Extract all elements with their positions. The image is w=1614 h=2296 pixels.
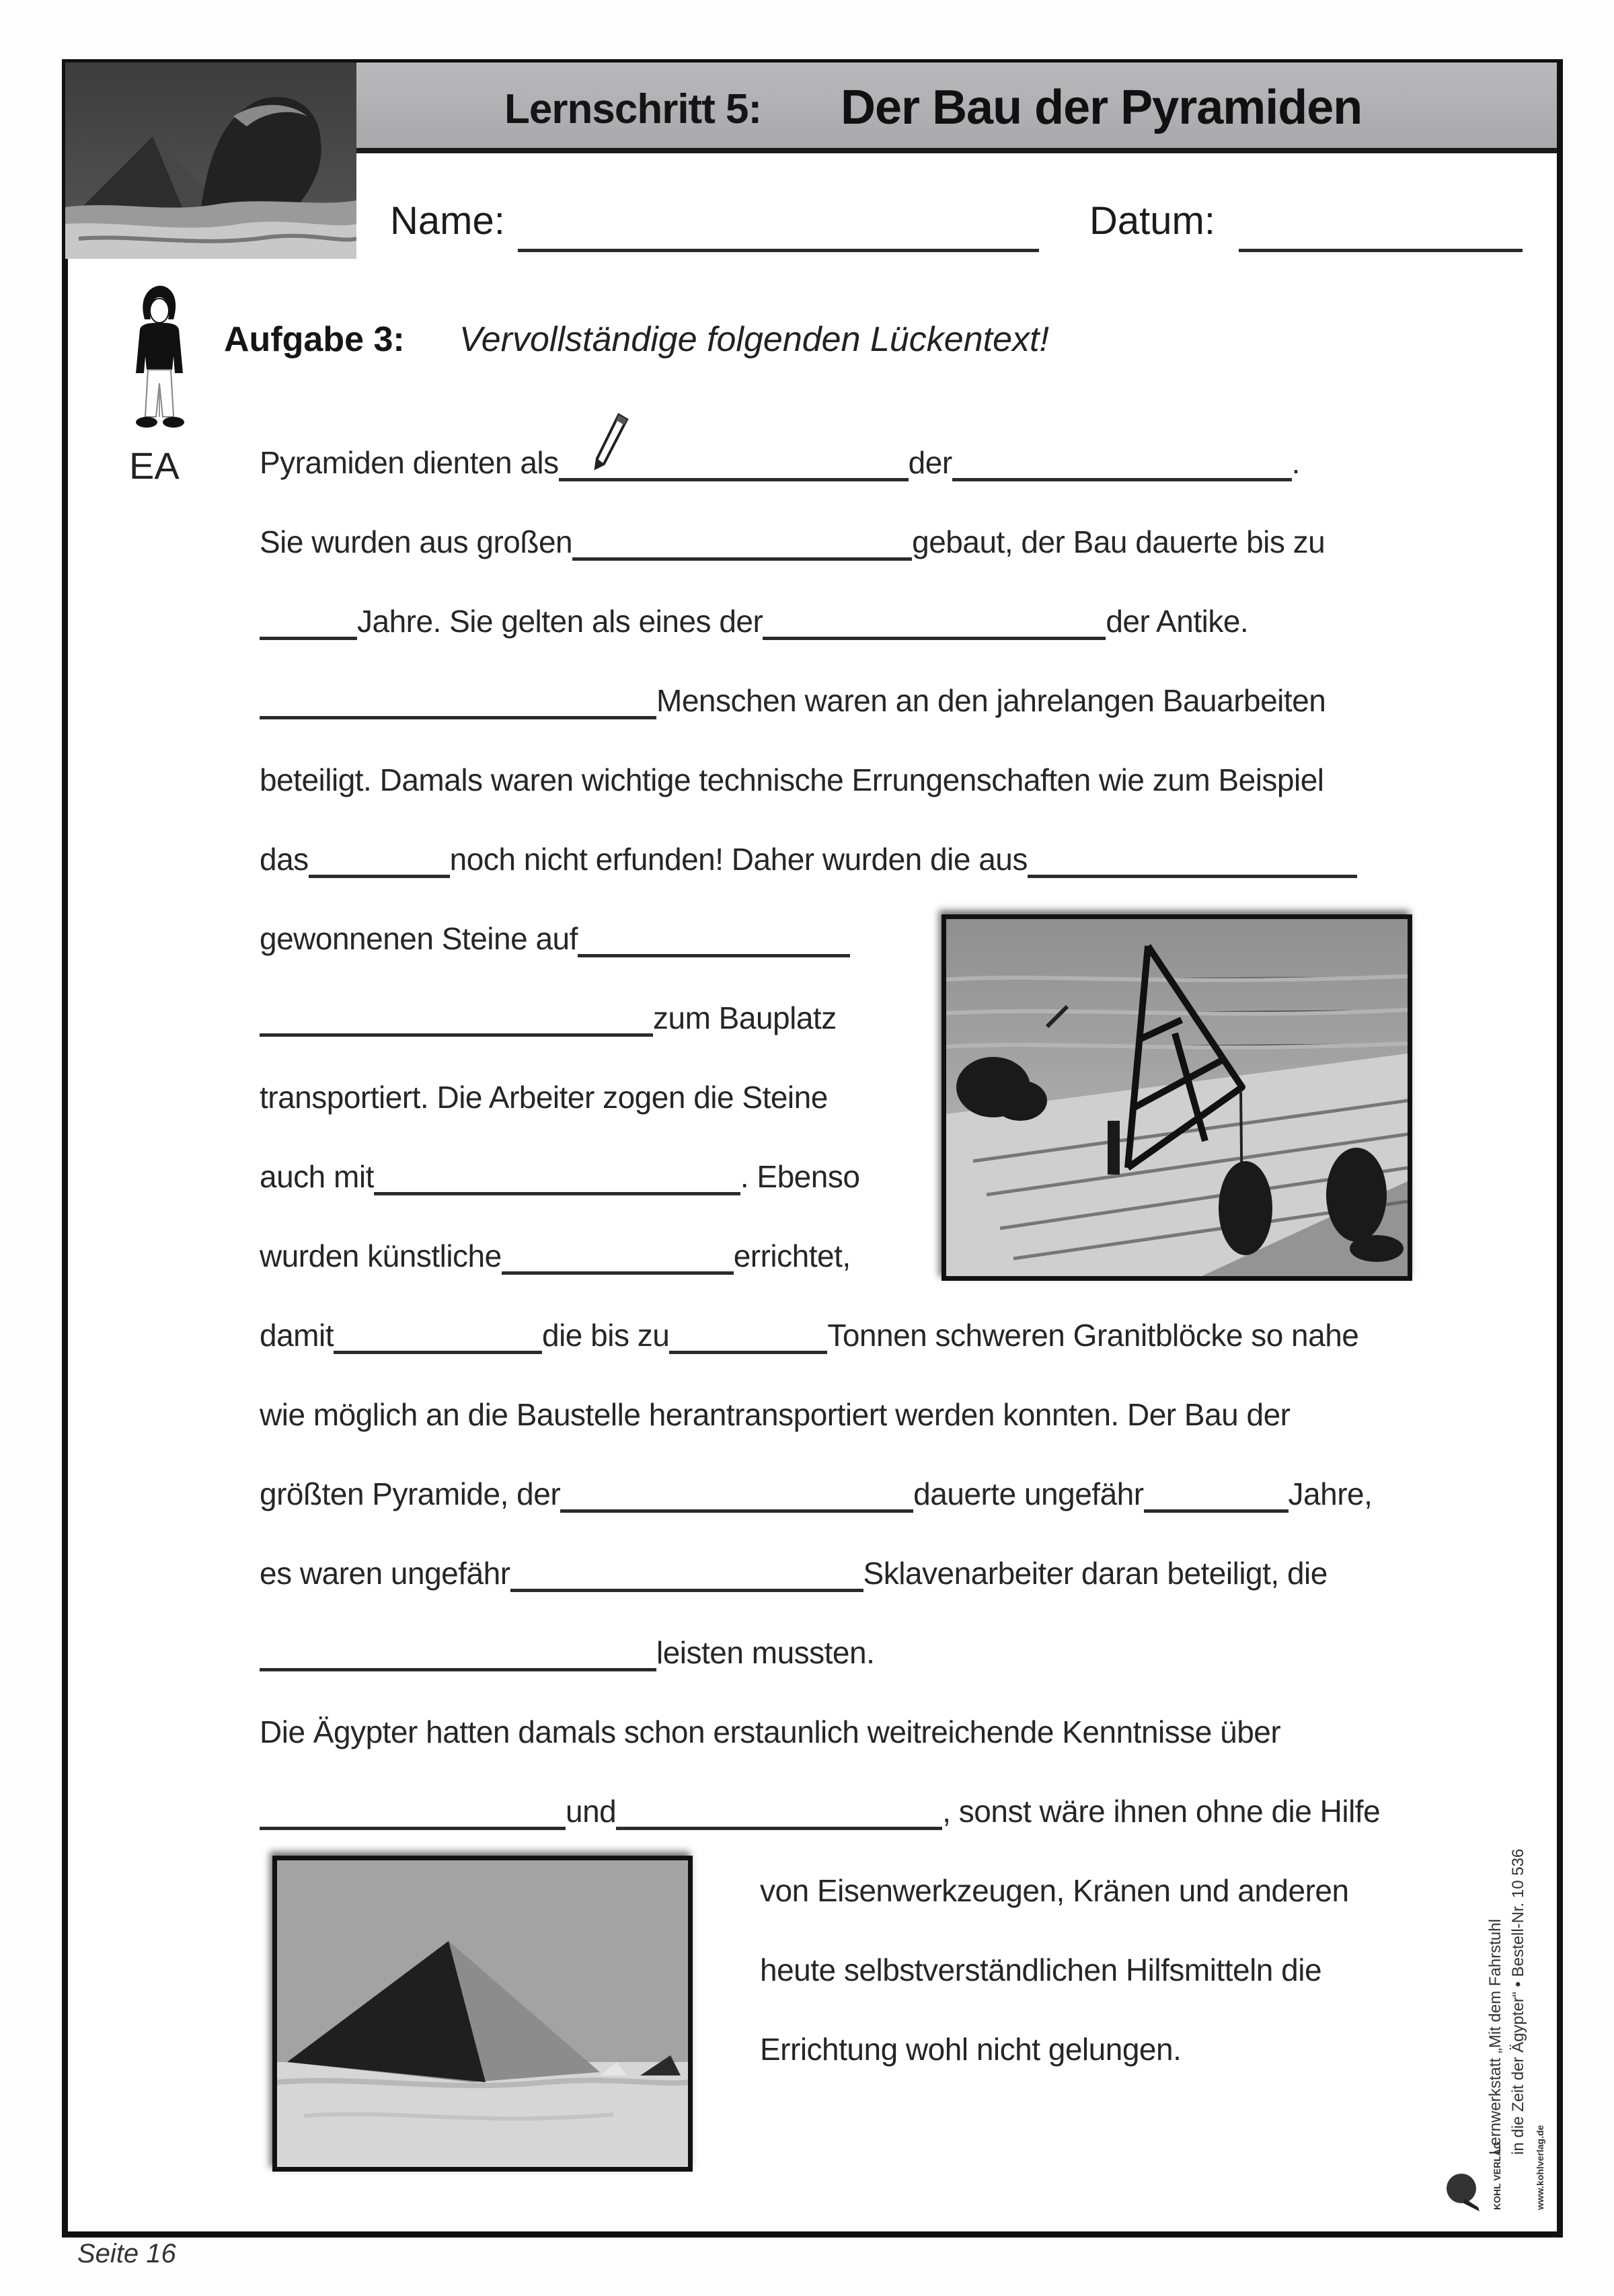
tree-logo-icon bbox=[1445, 2168, 1485, 2215]
cloze-text-segment: heute selbstverständlichen Hilfsmitteln … bbox=[760, 1952, 1321, 1987]
cloze-text-segment: dauerte ungefähr bbox=[913, 1476, 1143, 1511]
cloze-text-segment: damit bbox=[260, 1318, 334, 1353]
cloze-line: größten Pyramide, derdauerte ungefährJah… bbox=[260, 1474, 1372, 1514]
title-bar: Lernschritt 5: Der Bau der Pyramiden bbox=[356, 63, 1557, 153]
cloze-text-segment: zum Bauplatz bbox=[653, 1000, 837, 1035]
name-label: Name: bbox=[390, 198, 505, 243]
cloze-text-segment: Errichtung wohl nicht gelungen. bbox=[760, 2032, 1181, 2067]
date-label: Datum: bbox=[1089, 198, 1215, 243]
cloze-line: leisten mussten. bbox=[260, 1632, 874, 1673]
cloze-line: und, sonst wäre ihnen ohne die Hilfe bbox=[260, 1791, 1380, 1831]
cloze-line: dasnoch nicht erfunden! Daher wurden die… bbox=[260, 839, 1357, 879]
cloze-text-segment: gewonnenen Steine auf bbox=[260, 921, 578, 956]
cloze-text-segment: Jahre. Sie gelten als eines der bbox=[357, 604, 763, 639]
cloze-blank-field[interactable] bbox=[309, 845, 450, 878]
cloze-line: wie möglich an die Baustelle herantransp… bbox=[260, 1394, 1291, 1435]
cloze-text-segment: die bis zu bbox=[542, 1318, 669, 1353]
task-instruction: Vervollständige folgenden Lückentext! bbox=[459, 319, 1049, 360]
cloze-line: Jahre. Sie gelten als eines derder Antik… bbox=[260, 601, 1248, 641]
cloze-text-segment: der bbox=[909, 445, 952, 480]
cloze-blank-field[interactable] bbox=[560, 1480, 913, 1513]
cloze-text-segment: und bbox=[566, 1794, 616, 1829]
cloze-blank-field[interactable] bbox=[374, 1162, 740, 1195]
cloze-line: wurden künstlicheerrichtet, bbox=[260, 1236, 851, 1276]
cloze-text-segment: Sie wurden aus großen bbox=[260, 524, 572, 559]
work-mode-label: EA bbox=[129, 444, 180, 487]
cloze-text-segment: der Antike. bbox=[1106, 604, 1248, 639]
cloze-blank-field[interactable] bbox=[260, 686, 656, 719]
cloze-line: es waren ungefährSklavenarbeiter daran b… bbox=[260, 1553, 1328, 1593]
cloze-text-segment: Die Ägypter hatten damals schon erstaunl… bbox=[260, 1714, 1280, 1749]
cloze-line: damitdie bis zuTonnen schweren Granitblö… bbox=[260, 1315, 1358, 1355]
cloze-text-segment: . Ebenso bbox=[740, 1159, 860, 1194]
cloze-blank-field[interactable] bbox=[260, 1004, 653, 1037]
cloze-line: Die Ägypter hatten damals schon erstaunl… bbox=[260, 1712, 1280, 1752]
cloze-text-segment: das bbox=[260, 842, 309, 877]
publisher-note: Lernwerkstatt „Mit dem Fahrstuhl in die … bbox=[1483, 1610, 1557, 2215]
publisher-name: KOHL VERLAG bbox=[1487, 2141, 1507, 2210]
step-label: Lernschritt 5: bbox=[504, 85, 761, 133]
cloze-text-segment: Sklavenarbeiter daran beteiligt, die bbox=[863, 1556, 1328, 1591]
cloze-text-segment: , sonst wäre ihnen ohne die Hilfe bbox=[942, 1794, 1380, 1829]
great-pyramid-photo bbox=[277, 1860, 688, 2167]
cloze-text-segment: Menschen waren an den jahrelangen Bauarb… bbox=[656, 683, 1325, 718]
publisher-note-text: Lernwerkstatt „Mit dem Fahrstuhl in die … bbox=[1483, 1610, 1557, 2215]
cloze-line: von Eisenwerkzeugen, Kränen und anderen bbox=[760, 1870, 1349, 1911]
cloze-blank-field[interactable] bbox=[260, 1638, 656, 1671]
cloze-blank-field[interactable] bbox=[260, 607, 357, 640]
cloze-blank-field[interactable] bbox=[572, 528, 912, 561]
cloze-text-segment: leisten mussten. bbox=[656, 1635, 874, 1670]
student-figure-icon bbox=[121, 282, 195, 437]
cloze-line: beteiligt. Damals waren wichtige technis… bbox=[260, 760, 1324, 800]
cloze-text-segment: wie möglich an die Baustelle herantransp… bbox=[260, 1397, 1291, 1432]
cloze-blank-field[interactable] bbox=[763, 607, 1106, 640]
date-field[interactable] bbox=[1239, 249, 1523, 252]
pyramid-photo-image bbox=[272, 1856, 693, 2172]
cloze-blank-field[interactable] bbox=[510, 1559, 863, 1592]
cloze-text-segment: Tonnen schweren Granitblöcke so nahe bbox=[827, 1318, 1358, 1353]
cloze-line: Menschen waren an den jahrelangen Bauarb… bbox=[260, 680, 1325, 721]
cloze-text-segment: . bbox=[1292, 445, 1300, 480]
cloze-line: gewonnenen Steine auf bbox=[260, 918, 850, 959]
cloze-text-segment: gebaut, der Bau dauerte bis zu bbox=[912, 524, 1325, 559]
cloze-blank-field[interactable] bbox=[1028, 845, 1357, 878]
cloze-text-segment: noch nicht erfunden! Daher wurden die au… bbox=[450, 842, 1028, 877]
cloze-blank-field[interactable] bbox=[260, 1797, 566, 1830]
cloze-line: Sie wurden aus großengebaut, der Bau dau… bbox=[260, 522, 1325, 562]
cloze-text-segment: beteiligt. Damals waren wichtige technis… bbox=[260, 762, 1324, 797]
crane-engraving bbox=[946, 919, 1408, 1276]
cloze-blank-field[interactable] bbox=[616, 1797, 942, 1830]
cloze-line: heute selbstverständlichen Hilfsmitteln … bbox=[760, 1950, 1321, 1990]
cloze-text-segment: es waren ungefähr bbox=[260, 1556, 510, 1591]
cloze-blank-field[interactable] bbox=[1144, 1480, 1289, 1513]
cloze-text-segment: von Eisenwerkzeugen, Kränen und anderen bbox=[760, 1873, 1349, 1908]
cloze-blank-field[interactable] bbox=[669, 1321, 827, 1354]
cloze-text-segment: größten Pyramide, der bbox=[260, 1476, 560, 1511]
cloze-line: transportiert. Die Arbeiter zogen die St… bbox=[260, 1077, 828, 1117]
header-sphinx-image bbox=[65, 63, 356, 259]
cloze-text-segment: wurden künstliche bbox=[260, 1238, 502, 1273]
crane-construction-image bbox=[941, 914, 1412, 1281]
cloze-blank-field[interactable] bbox=[334, 1321, 542, 1354]
page-number: Seite 16 bbox=[77, 2239, 176, 2269]
series-title: Lernwerkstatt „Mit dem Fahrstuhl bbox=[1486, 1919, 1506, 2155]
order-number: in die Zeit der Ägypter“ • Bestell-Nr. 1… bbox=[1508, 1849, 1529, 2155]
cloze-blank-field[interactable] bbox=[952, 448, 1292, 481]
page-title: Der Bau der Pyramiden bbox=[841, 80, 1362, 135]
cloze-line: Errichtung wohl nicht gelungen. bbox=[760, 2029, 1181, 2069]
cloze-text-segment: errichtet, bbox=[734, 1238, 851, 1273]
cloze-blank-field[interactable] bbox=[578, 924, 850, 957]
cloze-line: auch mit. Ebenso bbox=[260, 1156, 859, 1197]
cloze-blank-field[interactable] bbox=[559, 448, 909, 481]
cloze-line: Pyramiden dienten alsder. bbox=[260, 442, 1300, 483]
name-field[interactable] bbox=[518, 249, 1039, 252]
cloze-line: zum Bauplatz bbox=[260, 998, 837, 1038]
task-label: Aufgabe 3: bbox=[224, 319, 405, 360]
cloze-text-segment: transportiert. Die Arbeiter zogen die St… bbox=[260, 1080, 828, 1115]
sphinx-pyramid-illustration bbox=[65, 63, 356, 259]
cloze-text-segment: auch mit bbox=[260, 1159, 374, 1194]
publisher-url[interactable]: www.kohlverlag.de bbox=[1530, 2125, 1550, 2210]
cloze-text-segment: Jahre, bbox=[1289, 1476, 1373, 1511]
cloze-blank-field[interactable] bbox=[502, 1242, 734, 1275]
cloze-text-segment: Pyramiden dienten als bbox=[260, 445, 559, 480]
